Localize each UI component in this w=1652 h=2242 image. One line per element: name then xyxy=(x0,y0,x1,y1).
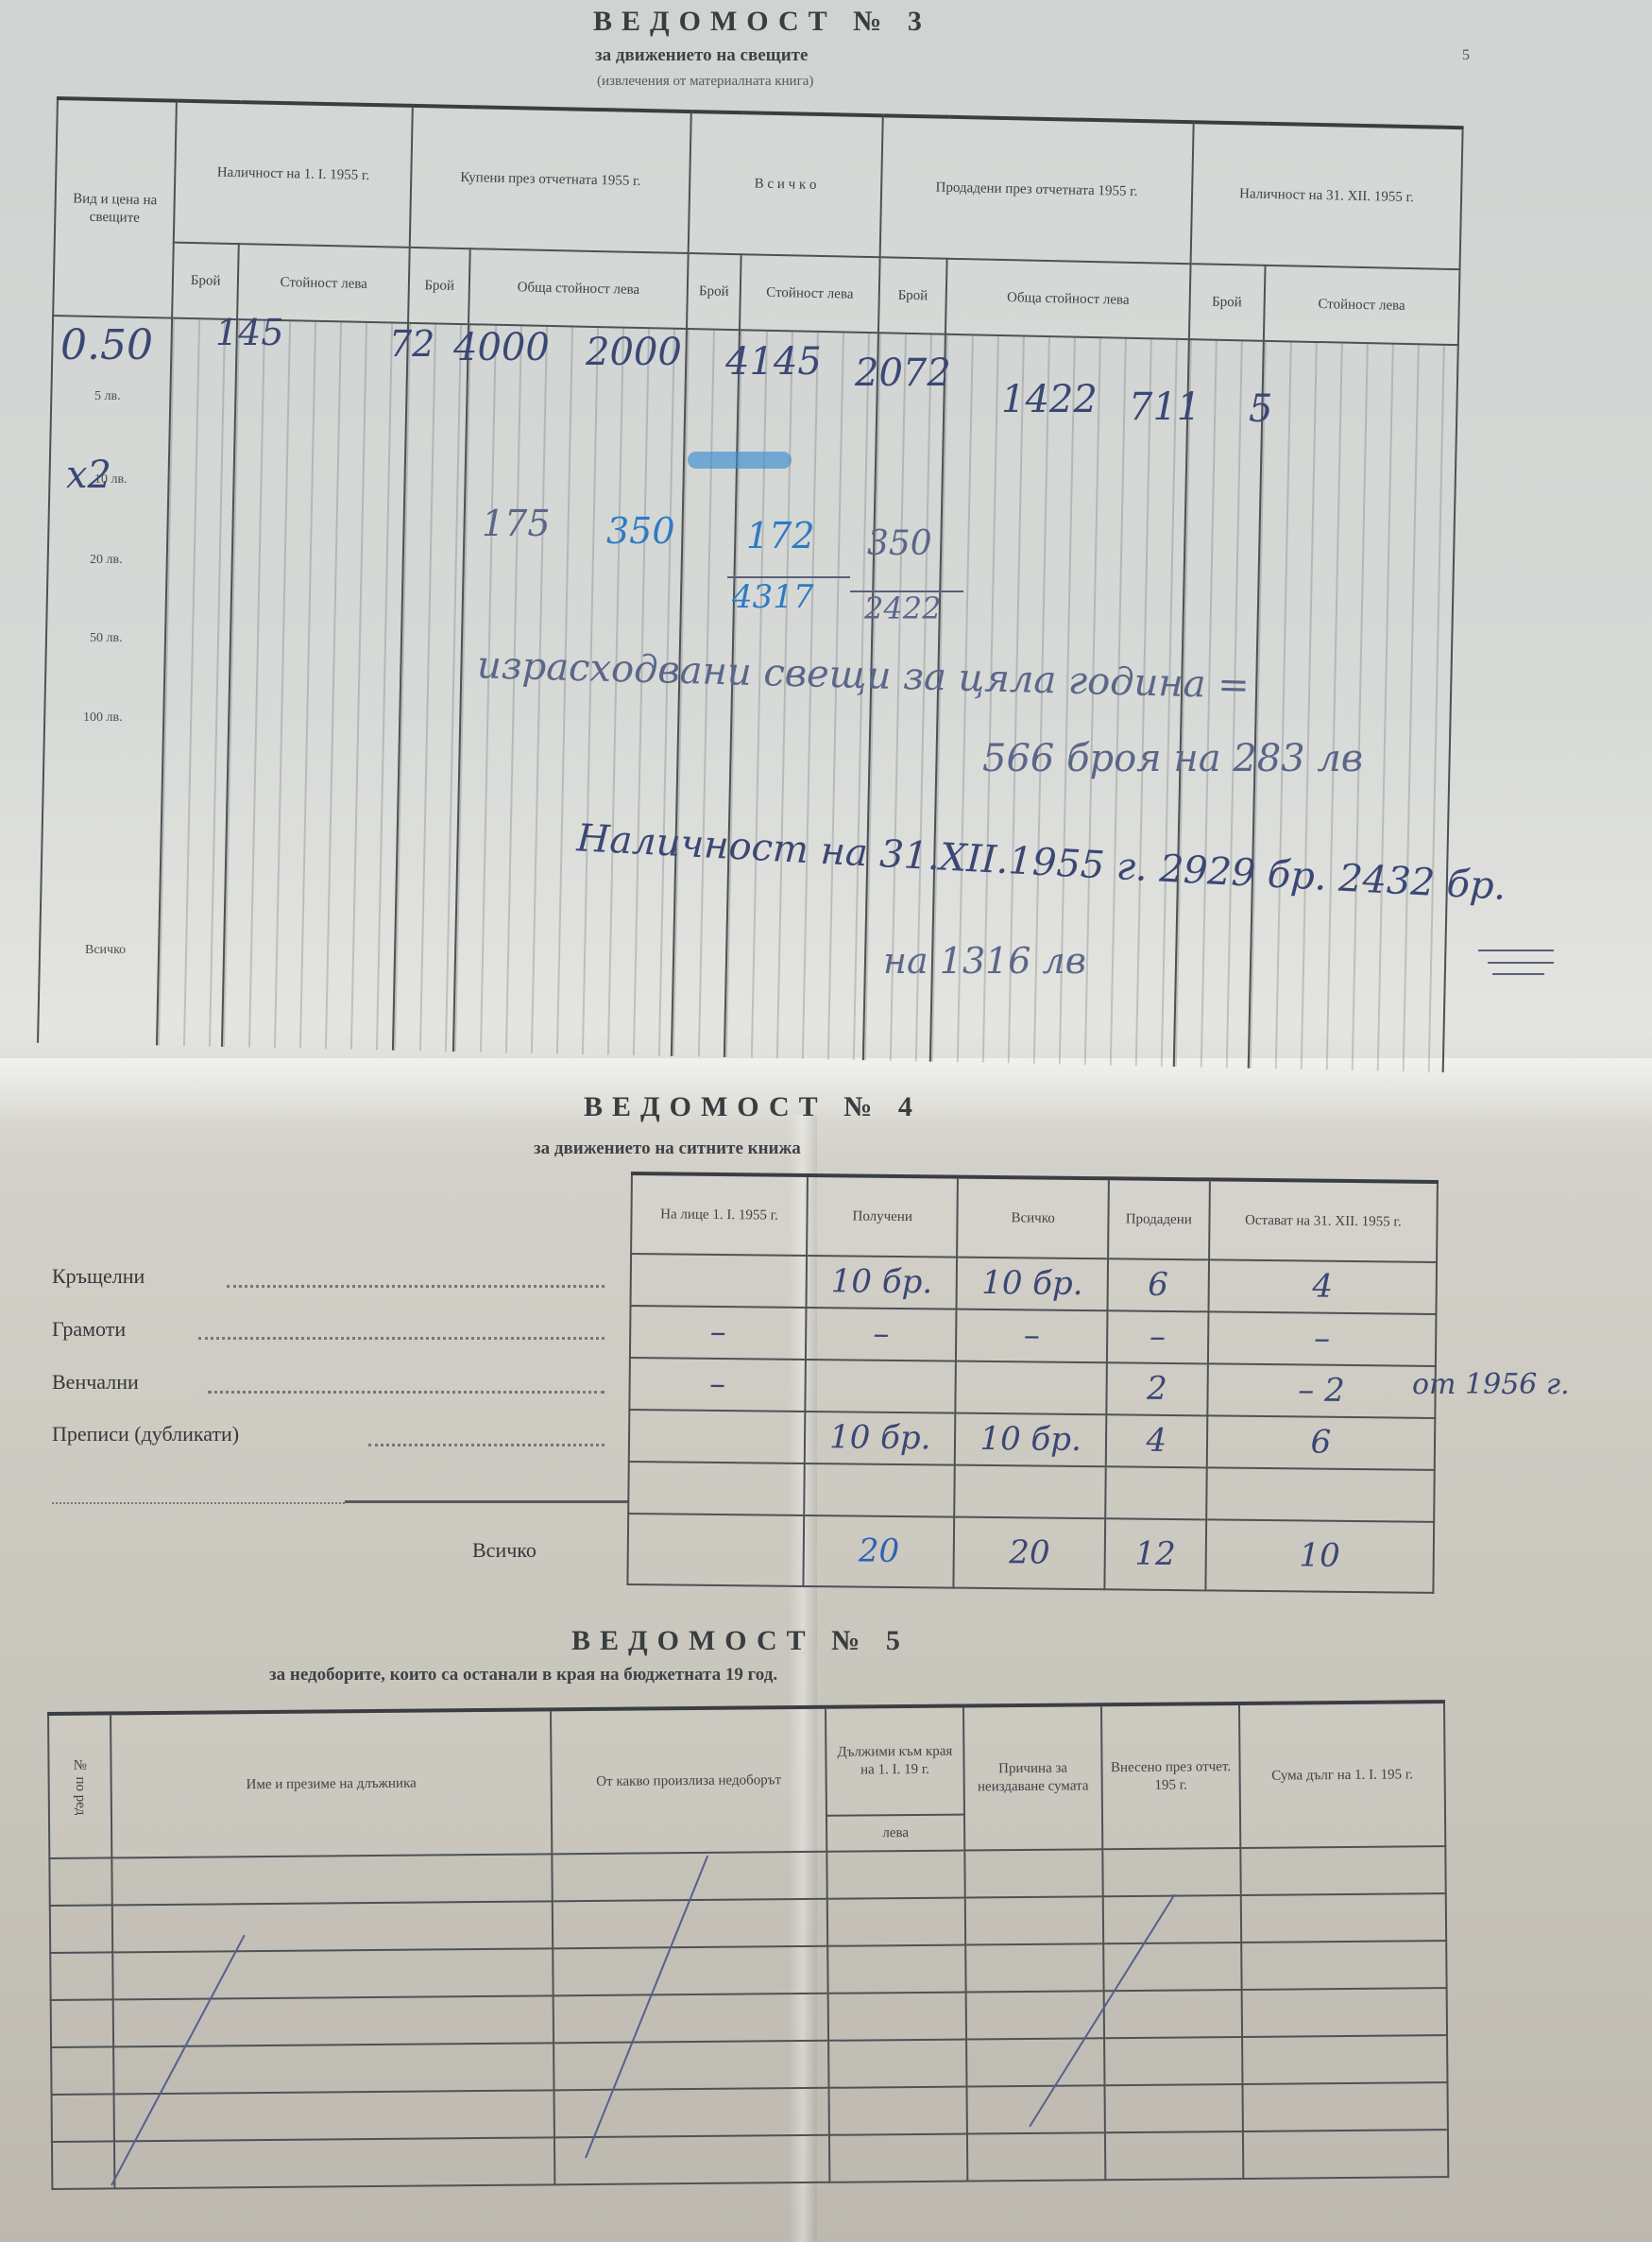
row-label-100: 100 лв. xyxy=(83,710,123,726)
form4-row-label: Кръщелни xyxy=(52,1264,145,1289)
row-labels-cell xyxy=(38,316,172,1045)
hw-price-x2: x2 xyxy=(66,454,111,497)
hw-blue-scribble xyxy=(688,452,792,469)
row-label-total: Всичко xyxy=(85,943,126,958)
row-label-50: 50 лв. xyxy=(90,631,123,646)
hw-note-quantity: 566 броя на 283 лв xyxy=(982,737,1363,780)
subheader-total-value: Обща стойност лева xyxy=(945,259,1190,339)
table-row: – 2 – 2 xyxy=(629,1358,1436,1418)
header-bought: Купени през отчетната 1955 г. xyxy=(410,106,691,253)
form5-header-remaining: Сума дълг на 1. I. 195 г. xyxy=(1239,1702,1445,1848)
subheader-count: Брой xyxy=(1189,264,1266,341)
row-label-20: 20 лв. xyxy=(90,553,123,568)
form4-side-note: от 1956 г. xyxy=(1412,1368,1570,1401)
subheader-total-value: Обща стойност лева xyxy=(468,248,688,329)
subheader-value: Стойност лева xyxy=(1264,265,1460,345)
hw-sum-value: 2422 xyxy=(864,590,941,626)
form4-header-total: Всичко xyxy=(957,1177,1108,1259)
subheader-count: Брой xyxy=(172,243,239,319)
hw-sold-count: 1422 xyxy=(1001,378,1098,421)
header-opening: Наличност на 1. I. 1955 г. xyxy=(174,101,413,248)
row-label-5: 5 лв. xyxy=(94,389,121,404)
subheader-count: Брой xyxy=(408,248,470,324)
form4-title: ВЕДОМОСТ № 4 xyxy=(584,1091,922,1123)
form4-header-sold: Продадени xyxy=(1108,1178,1210,1259)
subheader-count: Брой xyxy=(878,257,947,334)
form5-title: ВЕДОМОСТ № 5 xyxy=(571,1625,910,1657)
hw-total-count-r2: 172 xyxy=(746,515,815,556)
header-total: В с и ч к о xyxy=(688,111,882,257)
form5-header-owed: Дължими към края на 1. I. 19 г. xyxy=(826,1706,964,1816)
hw-total-value: 2072 xyxy=(855,351,951,395)
form4-total-label: Всичко xyxy=(472,1538,536,1563)
subheader-value: Стойност лева xyxy=(740,254,880,333)
header-kind: Вид и цена на свещите xyxy=(53,98,177,318)
form4-table: На лице 1. I. 1955 г. Получени Всичко Пр… xyxy=(626,1172,1439,1594)
hw-price-050: 0.50 xyxy=(60,321,153,369)
form5-subtitle: за недоборите, които са останали в края … xyxy=(269,1665,777,1686)
hw-sold-value: 711 xyxy=(1129,385,1201,429)
form4-header-opening: На лице 1. I. 1955 г. xyxy=(631,1173,808,1256)
hw-sum-count: 4317 xyxy=(732,578,814,616)
hw-bought-value-r2: 350 xyxy=(606,510,675,552)
form3-subtitle: за движението на свещите xyxy=(595,45,808,66)
form5-header-reason: Причина за неиздаване сумата xyxy=(963,1704,1102,1850)
hw-bought-value: 2000 xyxy=(586,331,682,374)
table-row: 10 бр. 10 бр. 6 4 xyxy=(631,1254,1438,1314)
form4-row-label: Венчални xyxy=(52,1370,139,1395)
form4-row-label: Преписи (дубликати) xyxy=(52,1422,239,1446)
subheader-count: Брой xyxy=(687,253,741,330)
table-row-total: 20 20 12 10 xyxy=(627,1514,1434,1593)
form5-table: № по ред Име и презиме на длъжника От ка… xyxy=(47,1700,1449,2190)
hw-opening-value: 72 xyxy=(389,323,434,365)
form5-header-paid: Внесено през отчет. 195 г. xyxy=(1101,1703,1240,1849)
hw-note-value: на 1316 лв xyxy=(883,940,1086,982)
hw-bought-count-r2: 175 xyxy=(482,503,551,544)
form3-subsubtitle: (извлечения от материалната книга) xyxy=(597,74,813,90)
header-closing: Наличност на 31. XII. 1955 г. xyxy=(1190,122,1462,269)
form4-header-remaining: Остават на 31. XII. 1955 г. xyxy=(1209,1179,1438,1262)
form4-row-label: Грамоти xyxy=(52,1317,126,1342)
hw-total-value-r2: 350 xyxy=(867,524,932,563)
form5-header-name: Име и презиме на длъжника xyxy=(111,1709,552,1857)
form4-header-received: Получени xyxy=(807,1175,958,1258)
hw-bought-count: 4000 xyxy=(453,326,550,369)
hw-total-count: 4145 xyxy=(725,340,822,384)
table-row: 10 бр. 10 бр. 4 6 xyxy=(629,1410,1436,1470)
hw-opening-count: 145 xyxy=(215,312,284,353)
form3-title: ВЕДОМОСТ № 3 xyxy=(593,6,931,38)
form4-subtitle: за движението на ситните книжа xyxy=(534,1138,801,1159)
header-sold: Продадени през отчетната 1955 г. xyxy=(880,115,1194,264)
form5-header-owed-unit: лева xyxy=(826,1815,964,1852)
page-number: 5 xyxy=(1462,47,1470,64)
table-row: – – – – – xyxy=(630,1306,1437,1366)
hw-closing-count: 5 xyxy=(1249,387,1272,431)
form5-header-source: От какво произлиза недоборът xyxy=(551,1707,826,1855)
form5-header-no: № по ред xyxy=(48,1713,111,1858)
